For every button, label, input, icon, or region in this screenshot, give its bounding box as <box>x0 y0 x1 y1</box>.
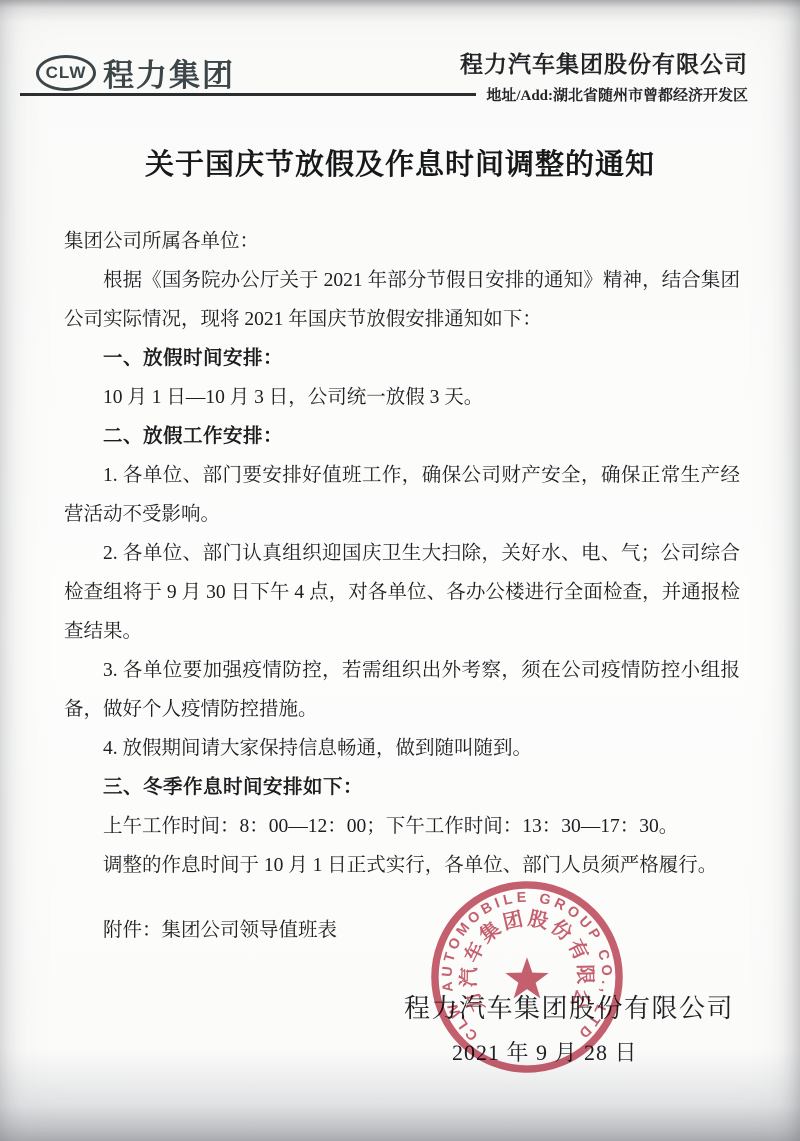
salutation-line: 集团公司所属各单位： <box>64 222 740 261</box>
header-divider-line <box>20 93 476 96</box>
work-item-2: 2. 各单位、部门认真组织迎国庆卫生大扫除，关好水、电、气；公司综合检查组将于 … <box>64 534 740 651</box>
intro-paragraph: 根据《国务院办公厅关于 2021 年部分节假日安排的通知》精神，结合集团公司实际… <box>64 261 740 339</box>
notice-title: 关于国庆节放假及作息时间调整的通知 <box>0 142 800 183</box>
section-3-heading: 三、冬季作息时间安排如下： <box>64 768 740 807</box>
effective-date-line: 调整的作息时间于 10 月 1 日正式实行，各单位、部门人员须严格履行。 <box>64 846 740 885</box>
work-hours-line: 上午工作时间：8：00—12：00；下午工作时间：13：30—17：30。 <box>64 807 740 846</box>
section-1-heading: 一、放假时间安排： <box>64 339 740 378</box>
seal-star-icon <box>505 957 548 998</box>
work-item-1: 1. 各单位、部门要安排好值班工作，确保公司财产安全，确保正常生产经营活动不受影… <box>64 456 740 534</box>
work-item-3: 3. 各单位要加强疫情防控，若需组织出外考察，须在公司疫情防控小组报备，做好个人… <box>64 651 740 729</box>
company-address: 地址/Add:湖北省随州市曾都经济开发区 <box>486 84 748 105</box>
work-item-4: 4. 放假期间请大家保持信息畅通，做到随叫随到。 <box>64 729 740 768</box>
section-2-heading: 二、放假工作安排： <box>64 417 740 456</box>
scanned-notice-page: CLW 程力集团 程力汽车集团股份有限公司 地址/Add:湖北省随州市曾都经济开… <box>0 0 800 1141</box>
notice-body: 集团公司所属各单位： 根据《国务院办公厅关于 2021 年部分节假日安排的通知》… <box>64 222 740 950</box>
company-seal-stamp-icon: CLW AUTOMOBILE GROUP CO., LTD 程力汽车集团股份有限… <box>428 878 626 1076</box>
letterhead-divider-row: 地址/Add:湖北省随州市曾都经济开发区 <box>20 84 748 105</box>
holiday-dates-line: 10 月 1 日—10 月 3 日，公司统一放假 3 天。 <box>64 378 740 417</box>
attachment-line: 附件：集团公司领导值班表 <box>64 911 740 950</box>
company-full-name: 程力汽车集团股份有限公司 <box>460 46 748 79</box>
